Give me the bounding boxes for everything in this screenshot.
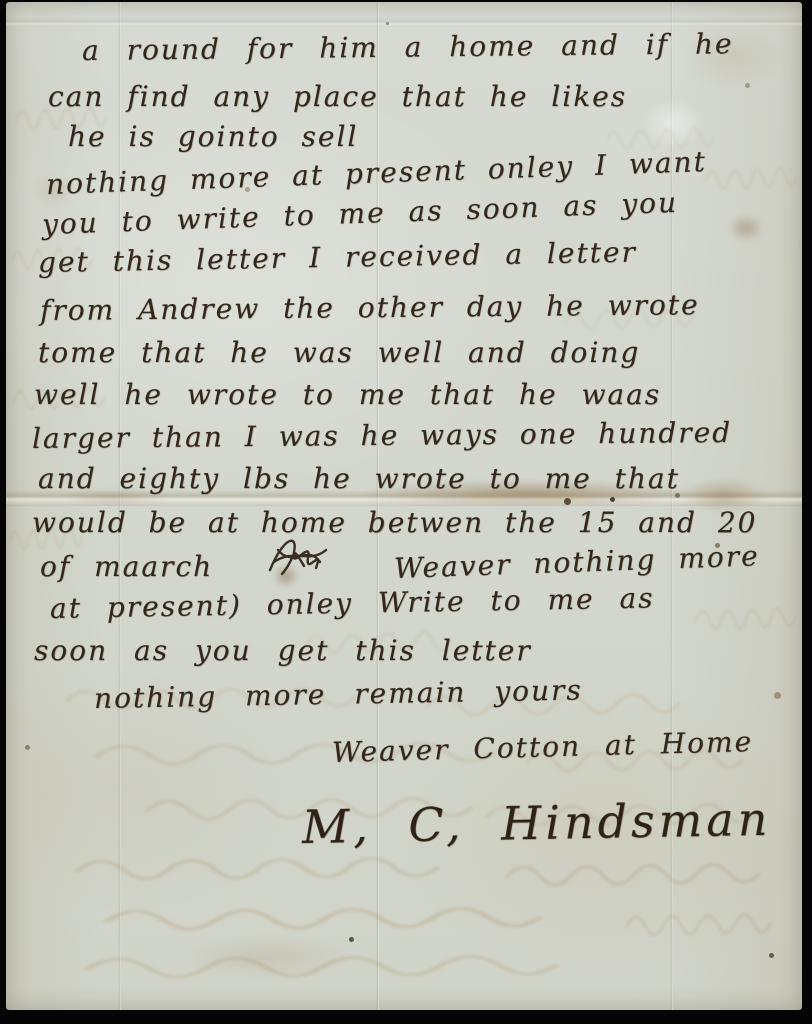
letter-line: nothing more remain yours xyxy=(94,673,583,715)
letter-line: would be at home betwen the 15 and 20 xyxy=(32,506,757,539)
letter-line: soon as you get this letter xyxy=(34,634,532,667)
signature: M, C, Hindsman xyxy=(302,792,772,854)
signoff-line: Weaver Cotton at Home xyxy=(332,725,754,769)
letter-line: can find any place that he likes xyxy=(48,80,627,113)
stain xyxy=(182,936,352,978)
ink-specks xyxy=(386,22,389,25)
letter-line: tome that he was well and doing xyxy=(38,336,640,369)
letter-page: a round for him a home and if he can fin… xyxy=(6,2,802,1010)
stain xyxy=(728,214,764,242)
letter-line: get this letter I received a letter xyxy=(38,236,637,279)
letter-line: and eighty lbs he wrote to me that xyxy=(38,462,680,495)
scribbled-out-word xyxy=(262,528,336,584)
letter-line: a round for him a home and if he xyxy=(82,27,734,67)
embossed-seal-mark xyxy=(642,98,704,150)
letter-line: at present) onley Write to me as xyxy=(50,581,655,625)
horizontal-fold-crease xyxy=(6,18,802,27)
letter-line: larger than I was he ways one hundred xyxy=(32,416,732,455)
letter-line: of maarch xyxy=(40,550,213,583)
letter-line: he is gointo sell xyxy=(68,120,358,153)
letter-line: from Andrew the other day he wrote xyxy=(40,288,700,327)
scan-background: a round for him a home and if he can fin… xyxy=(0,0,812,1024)
letter-line: Weaver nothing more xyxy=(393,539,760,585)
letter-line: well he wrote to me that he waas xyxy=(34,378,661,411)
